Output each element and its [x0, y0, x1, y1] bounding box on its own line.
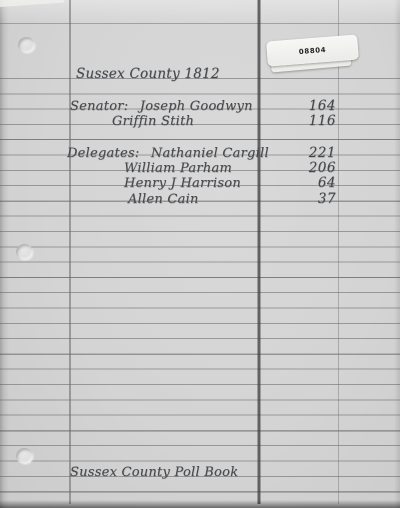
votes-column-line [338, 0, 339, 504]
punch-hole-top [18, 37, 35, 53]
vote-count: 64 [296, 177, 336, 191]
candidate-name: Joseph Goodwyn [140, 99, 253, 114]
vote-count: 206 [296, 162, 336, 176]
vote-count: 37 [296, 193, 336, 207]
ledger-divider-line [257, 0, 261, 504]
rule-line-dark [0, 492, 400, 493]
rule-line-dark [0, 201, 400, 202]
candidate-name: Nathaniel Cargill [151, 146, 269, 161]
footer-caption: Sussex County Poll Book [70, 466, 238, 479]
candidate-name: Griffin Stith [112, 115, 194, 128]
vote-count: 221 [296, 147, 336, 161]
scan-bottom-shadow [0, 500, 400, 508]
rule-line-dark [0, 139, 400, 140]
archive-number: 08804 [299, 45, 327, 55]
candidate-name: Henry J Harrison [124, 177, 241, 190]
margin-rule-line [69, 0, 71, 504]
punch-hole-bottom [16, 448, 33, 464]
scanned-poll-book-page: 08804 Sussex County 1812 Senator: Joseph… [0, 0, 400, 508]
vote-count: 116 [296, 115, 336, 129]
vote-count: 164 [296, 100, 336, 114]
candidate-name: William Parham [124, 162, 232, 175]
candidate-name: Allen Cain [128, 193, 199, 206]
delegates-label: Delegates: [67, 146, 140, 161]
rule-line-dark [0, 277, 400, 278]
header-rule-line [0, 23, 400, 24]
punch-hole-middle [16, 244, 33, 260]
rule-line-dark [0, 431, 400, 432]
rule-line-dark [0, 354, 400, 355]
page-title: Sussex County 1812 [76, 68, 220, 82]
delegates-row: Delegates: Nathaniel Cargill [67, 147, 269, 160]
senator-row: Senator: Joseph Goodwyn [70, 100, 253, 113]
senator-label: Senator: [70, 99, 128, 114]
